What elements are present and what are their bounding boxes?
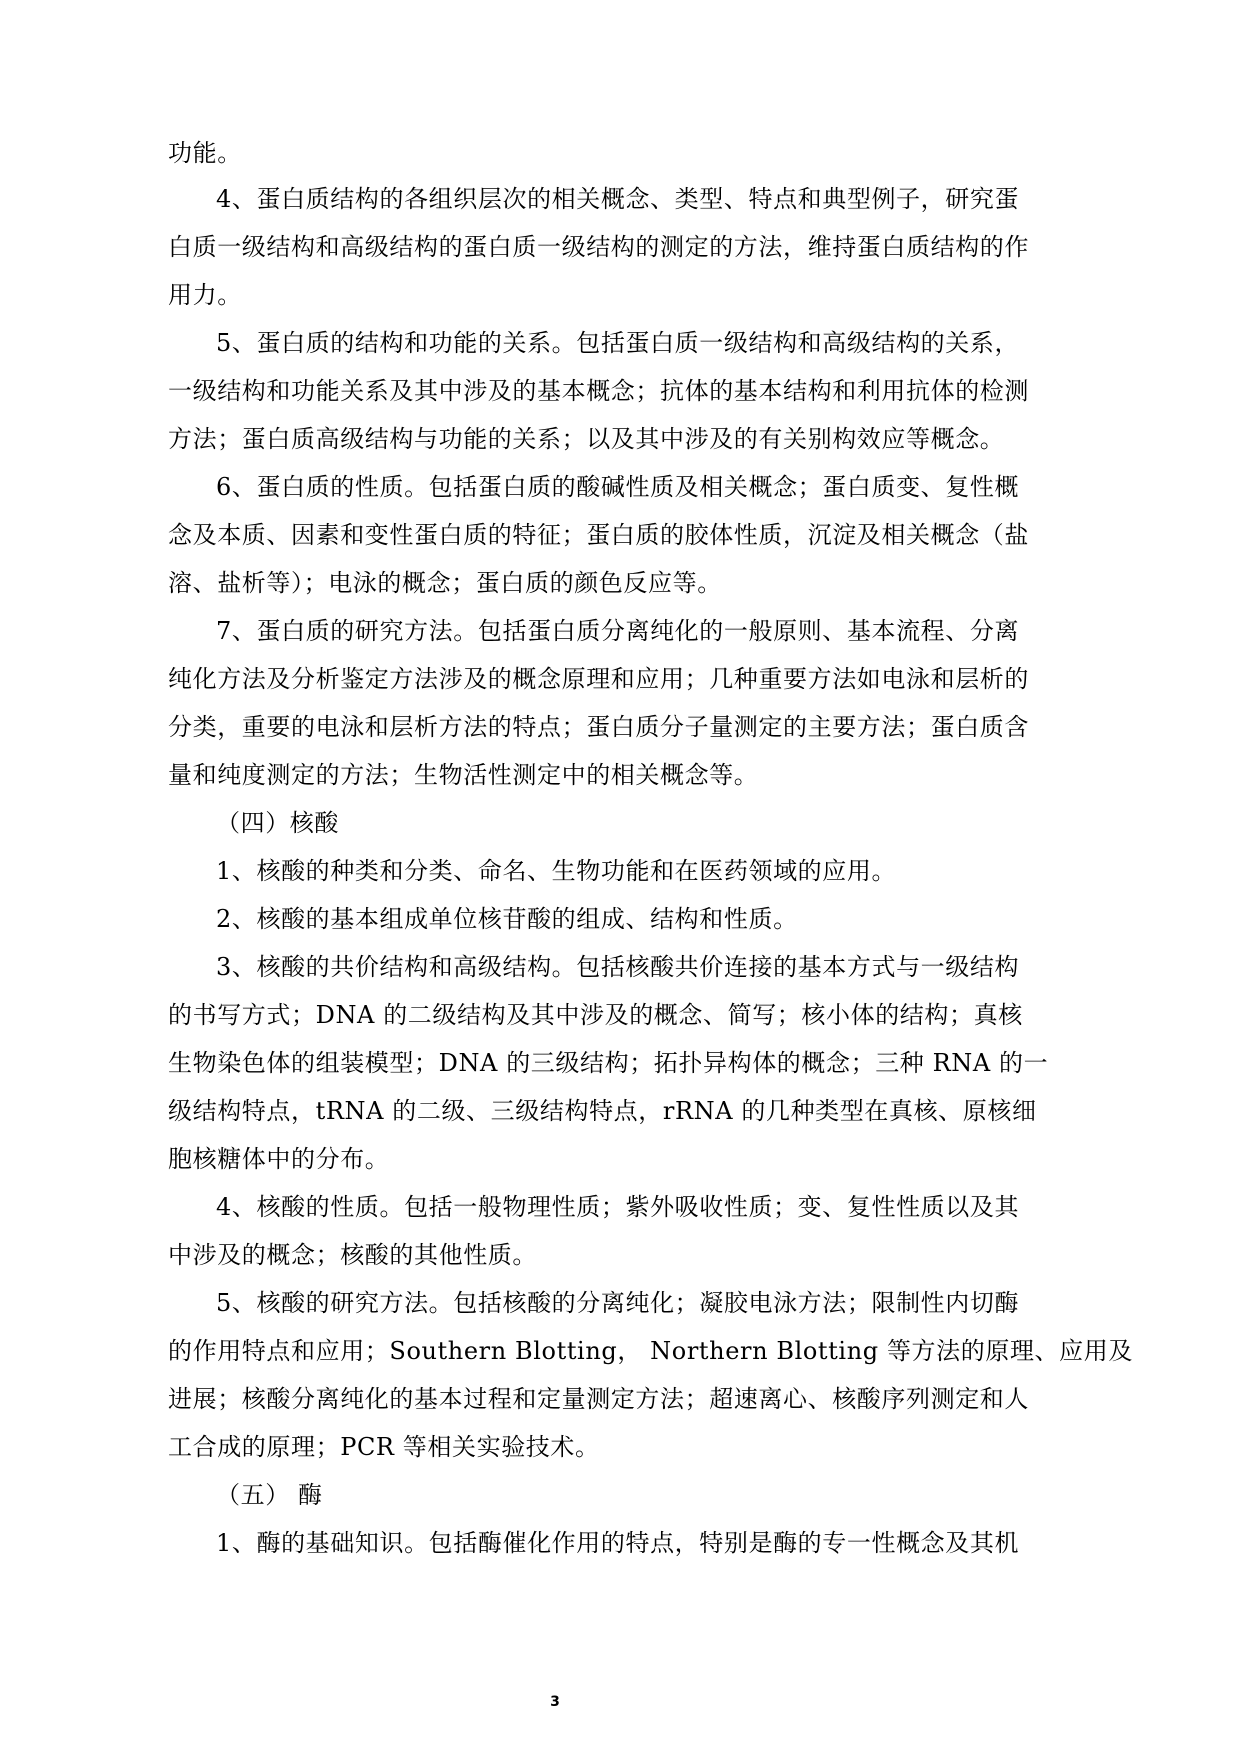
text-line: 的书写方式；DNA 的二级结构及其中涉及的概念、简写；核小体的结构；真核 xyxy=(168,1000,948,1030)
text-line: 量和纯度测定的方法；生物活性测定中的相关概念等。 xyxy=(168,760,948,790)
text-line: 进展；核酸分离纯化的基本过程和定量测定方法；超速离心、核酸序列测定和人 xyxy=(168,1384,948,1414)
text-line: 工合成的原理；PCR 等相关实验技术。 xyxy=(168,1432,948,1462)
text-line: 用力。 xyxy=(168,280,948,310)
text-line: 功能。 xyxy=(168,138,948,168)
text-line: 4、蛋白质结构的各组织层次的相关概念、类型、特点和典型例子，研究蛋 xyxy=(216,184,948,214)
text-line: 溶、盐析等）；电泳的概念；蛋白质的颜色反应等。 xyxy=(168,568,948,598)
text-line: 中涉及的概念；核酸的其他性质。 xyxy=(168,1240,948,1270)
text-line: 分类，重要的电泳和层析方法的特点；蛋白质分子量测定的主要方法；蛋白质含 xyxy=(168,712,948,742)
text-line: 的作用特点和应用；Southern Blotting， Northern Blo… xyxy=(168,1336,948,1366)
text-line: 1、核酸的种类和分类、命名、生物功能和在医药领域的应用。 xyxy=(216,856,996,886)
text-line: 3、核酸的共价结构和高级结构。包括核酸共价连接的基本方式与一级结构 xyxy=(216,952,948,982)
text-line: 白质一级结构和高级结构的蛋白质一级结构的测定的方法，维持蛋白质结构的作 xyxy=(168,232,948,262)
section-heading: （五） 酶 xyxy=(216,1480,996,1510)
text-line: 纯化方法及分析鉴定方法涉及的概念原理和应用；几种重要方法如电泳和层析的 xyxy=(168,664,948,694)
text-line: 6、蛋白质的性质。包括蛋白质的酸碱性质及相关概念；蛋白质变、复性概 xyxy=(216,472,948,502)
text-line: 1、酶的基础知识。包括酶催化作用的特点，特别是酶的专一性概念及其机 xyxy=(216,1528,948,1558)
text-line: 方法；蛋白质高级结构与功能的关系；以及其中涉及的有关别构效应等概念。 xyxy=(168,424,948,454)
section-heading: （四）核酸 xyxy=(216,808,996,838)
text-line: 胞核糖体中的分布。 xyxy=(168,1144,948,1174)
document-page: 功能。 4、蛋白质结构的各组织层次的相关概念、类型、特点和典型例子，研究蛋 白质… xyxy=(0,0,1240,1754)
text-line: 一级结构和功能关系及其中涉及的基本概念；抗体的基本结构和利用抗体的检测 xyxy=(168,376,948,406)
text-line: 4、核酸的性质。包括一般物理性质；紫外吸收性质；变、复性性质以及其 xyxy=(216,1192,948,1222)
text-line: 生物染色体的组装模型；DNA 的三级结构；拓扑异构体的概念；三种 RNA 的一 xyxy=(168,1048,948,1078)
text-line: 5、核酸的研究方法。包括核酸的分离纯化；凝胶电泳方法；限制性内切酶 xyxy=(216,1288,948,1318)
text-line: 念及本质、因素和变性蛋白质的特征；蛋白质的胶体性质，沉淀及相关概念（盐 xyxy=(168,520,948,550)
text-line: 5、蛋白质的结构和功能的关系。包括蛋白质一级结构和高级结构的关系， xyxy=(216,328,948,358)
page-number: 3 xyxy=(0,1694,1110,1710)
text-line: 7、蛋白质的研究方法。包括蛋白质分离纯化的一般原则、基本流程、分离 xyxy=(216,616,948,646)
text-line: 级结构特点，tRNA 的二级、三级结构特点，rRNA 的几种类型在真核、原核细 xyxy=(168,1096,948,1126)
text-line: 2、核酸的基本组成单位核苷酸的组成、结构和性质。 xyxy=(216,904,996,934)
